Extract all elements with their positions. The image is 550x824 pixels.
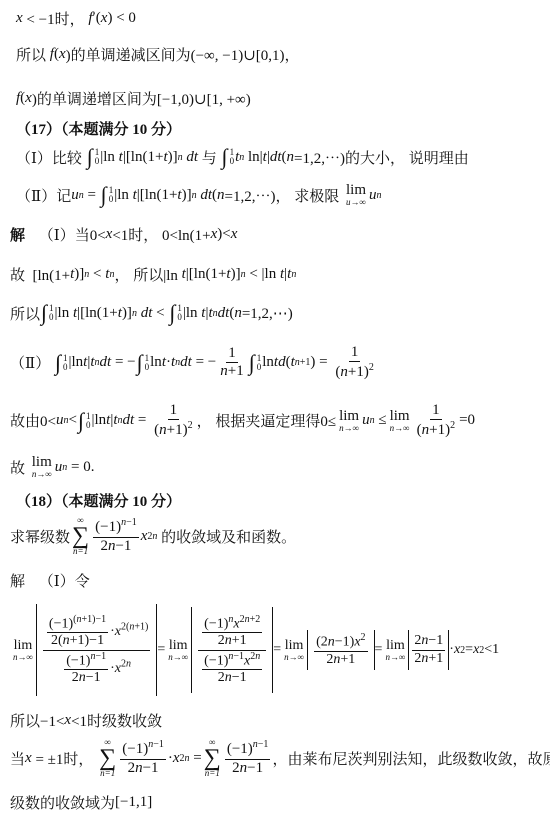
solution-17-conclusion: 故 limn→∞un = 0. xyxy=(10,455,95,479)
solution-18-step-3: 当x = ±1时， ∞∑n=1 (−1)n−12n−1·x2n = ∞∑n=1 … xyxy=(10,738,550,778)
solution-label: 解 xyxy=(10,224,25,245)
solution-18-step-4: 级数的收敛域为[−1,1] xyxy=(10,792,152,813)
solution-18-step-1: 解 （Ⅰ）令 xyxy=(10,570,90,591)
solution-17-step-4: （Ⅱ） ∫10 |lnt|tndt = −∫10 lnt·tndt = − 1n… xyxy=(10,344,378,382)
ratio-test-formula: limn→∞ (−1)(n+1)−12(n+1)−1·x2(n+1) (−1)n… xyxy=(10,600,499,700)
problem-17-heading: （17）（本题满分 10 分） xyxy=(16,118,181,139)
line-decreasing-interval: 所以 f(x)的单调递减区间为(−∞, −1)∪[0,1)， xyxy=(16,44,300,65)
line-derivative-negative: x < −1时， f′(x) < 0 xyxy=(16,8,136,29)
line-increasing-interval: f(x)的单调递增区间为[−1,0)∪[1, +∞) xyxy=(16,88,251,109)
problem-18-statement: 求幂级数 ∞∑n=1 (−1)n−12n−1 x2n 的收敛域及和函数。 xyxy=(10,516,296,556)
problem-18-heading: （18）（本题满分 10 分） xyxy=(16,490,181,511)
solution-17-step-5: 故由0<un<∫10 |lnt|tndt = 1(n+1)2， 根据夹逼定理得0… xyxy=(10,402,475,440)
problem-17-part-1: （Ⅰ）比较 ∫10 |ln t|[ln(1+t)]n dt 与 ∫10 tn l… xyxy=(16,144,469,170)
solution-17-step-1: 解 （Ⅰ）当0<x<1时， 0<ln(1+x)<x xyxy=(10,224,237,245)
solution-17-step-2: 故 [ln(1+t)]n < tn， 所以|ln t|[ln(1+t)]n < … xyxy=(10,264,296,285)
solution-18-step-2: 所以−1<x<1时级数收敛 xyxy=(10,710,162,731)
solution-17-step-3: 所以∫10 |ln t|[ln(1+t)]n dt < ∫10 |ln t|tn… xyxy=(10,300,293,326)
problem-17-part-2: （Ⅱ）记un = ∫10 |ln t|[ln(1+t)]n dt(n=1,2,⋯… xyxy=(16,182,382,208)
